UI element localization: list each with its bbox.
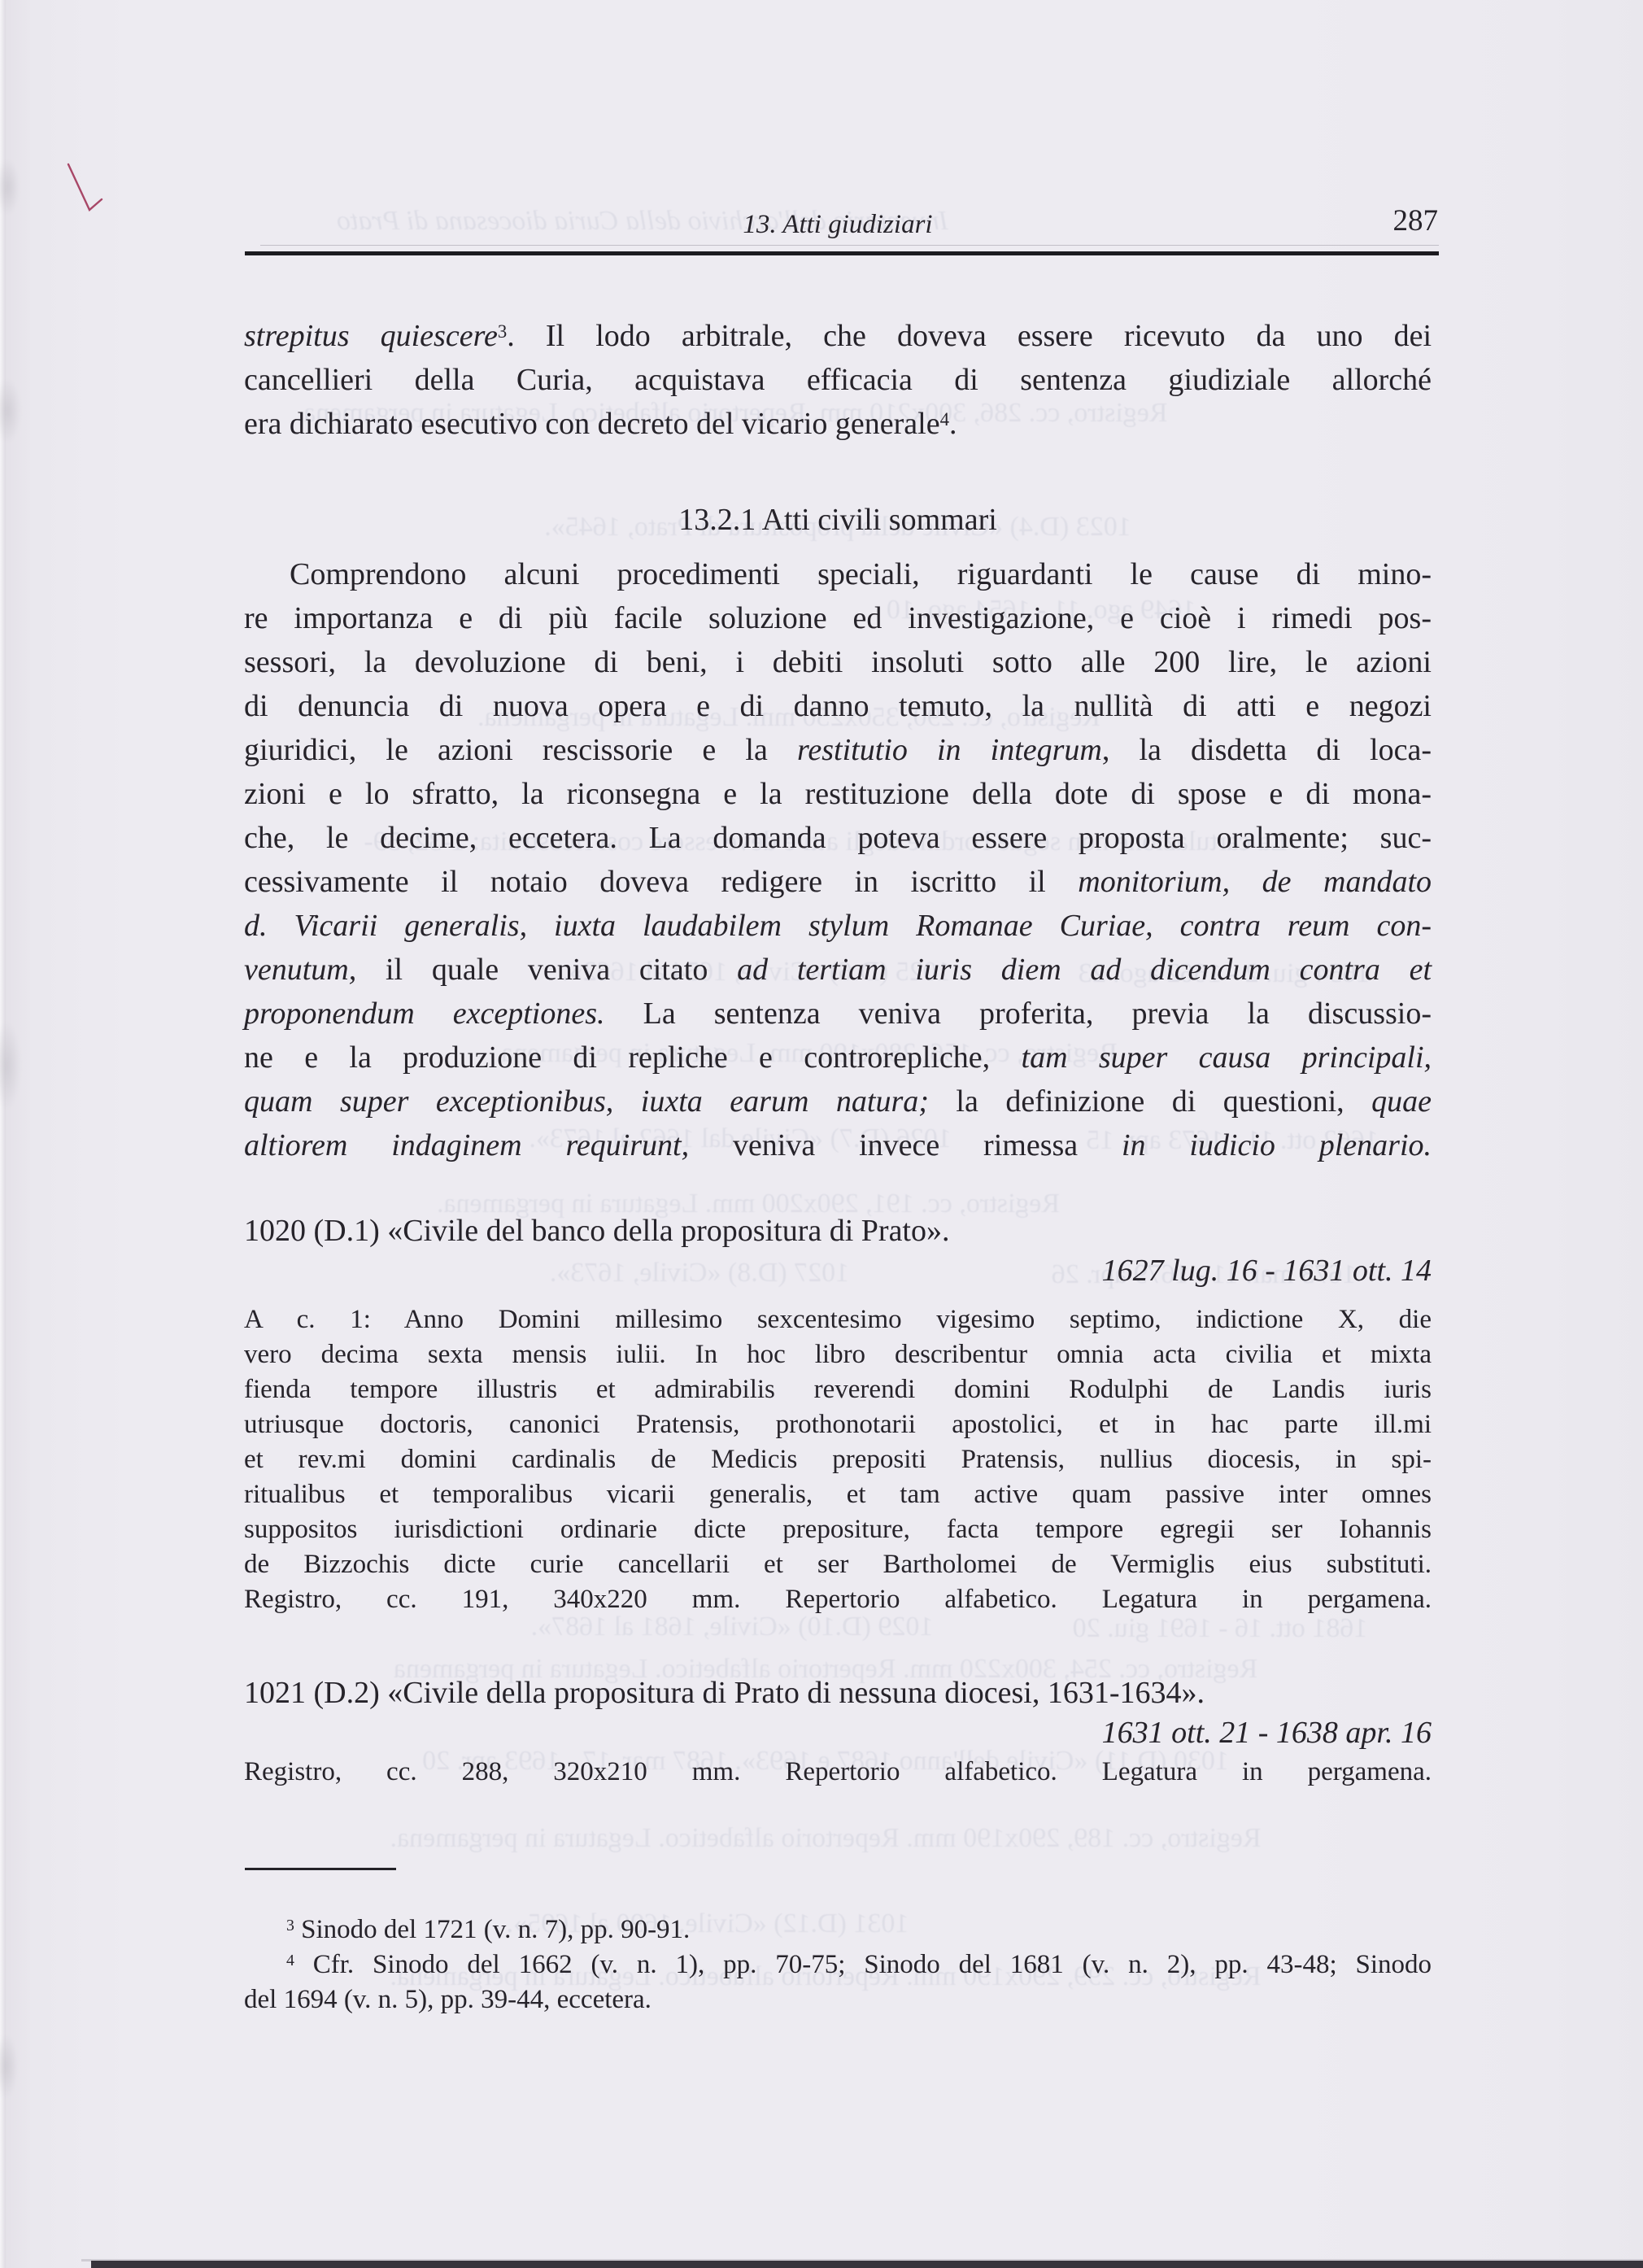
text-line: proponendum exceptiones. La sentenza ven… [244,992,1432,1036]
text-segment: in iudicio plenario. [1122,1128,1432,1162]
text-line: altiorem indaginem requirunt, veniva inv… [244,1123,1432,1167]
text-line: re importanza e di più facile soluzione … [244,596,1432,640]
text-segment: d. Vicarii generalis, iuxta laudabilem s… [244,909,1432,943]
text-segment: il quale veniva citato [356,953,737,987]
text-segment: suppositos iurisdictioni ordinarie dicte… [244,1515,1432,1544]
text-line: fienda tempore illustris et admirabilis … [244,1372,1432,1407]
section-paragraph: Comprendono alcuni procedimenti speciali… [244,552,1432,1167]
text-segment: Sinodo del 1721 (v. n. 7), pp. 90-91. [294,1915,690,1944]
text-segment: cancellieri della Curia, acquistava effi… [244,363,1432,397]
entry-date-range-1021: 1631 ott. 21 - 1638 apr. 16 [244,1711,1432,1755]
scanned-book-page: Inventario dell'archivio della Curia dio… [0,0,1643,2268]
entry-date-range-1020: 1627 lug. 16 - 1631 ott. 14 [244,1249,1432,1293]
text-line: 3 Sinodo del 1721 (v. n. 7), pp. 90-91. [244,1913,1432,1947]
text-line: Comprendono alcuni procedimenti speciali… [244,552,1432,596]
bleed-through-line: 1681 ott. 16 - 1691 giu. 20 [1025,1612,1415,1645]
text-segment: ne e la produzione di repliche e contror… [244,1040,1022,1075]
text-segment: cessivamente il notaio doveva redigere i… [244,865,1078,899]
text-segment: proponendum exceptiones. [244,997,605,1031]
text-line: ritualibus et temporalibus vicarii gener… [244,1477,1432,1512]
text-line: che, le decime, eccetera. La domanda pot… [244,816,1432,860]
text-segment: la definizione di questioni, [929,1084,1371,1119]
text-line: d. Vicarii generalis, iuxta laudabilem s… [244,904,1432,948]
text-line: del 1694 (v. n. 5), pp. 39-44, eccetera. [244,1982,1432,2017]
header-rule [245,251,1439,255]
header-rule-echo [260,245,1439,246]
text-line: zioni e lo sfratto, la riconsegna e la r… [244,772,1432,816]
text-segment: A c. 1: Anno Domini millesimo sexcentesi… [244,1305,1432,1334]
text-segment: Registro, cc. 288, 320x210 mm. Repertori… [244,1757,1432,1786]
footnote-marker: 3 [286,1917,294,1934]
footnote-marker: 4 [940,409,949,430]
text-segment: zioni e lo sfratto, la riconsegna e la r… [244,777,1432,811]
intro-paragraph: strepitus quiescere3. Il lodo arbitrale,… [244,314,1432,446]
footnote-4: 4 Cfr. Sinodo del 1662 (v. n. 1), pp. 70… [244,1947,1432,2017]
text-segment: sessori, la devoluzione di beni, i debit… [244,645,1432,679]
scan-smudge [0,378,21,443]
footnote-marker: 4 [286,1952,294,1969]
red-pen-mark [63,156,120,225]
text-segment: vero decima sexta mensis iulii. In hoc l… [244,1340,1432,1369]
text-segment: . Il lodo arbitrale, che doveva essere r… [507,319,1432,353]
text-segment: che, le decime, eccetera. La domanda pot… [244,821,1432,855]
text-segment: quam super exceptionibus, iuxta earum na… [244,1084,929,1119]
text-segment: restitutio in integrum [797,733,1102,767]
text-segment: quae [1371,1084,1432,1119]
text-segment: Comprendono alcuni procedimenti speciali… [290,557,1432,591]
text-segment: , la disdetta di loca- [1102,733,1432,767]
text-segment: . [949,407,957,441]
bleed-through-line: Registro, cc. 189, 290x190 mm. Repertori… [244,1822,1407,1855]
text-segment: de Bizzochis dicte curie cancellarii et … [244,1550,1432,1579]
section-heading: 13.2.1 Atti civili sommari [244,498,1432,542]
footnote-marker: 3 [498,321,507,342]
text-line: strepitus quiescere3. Il lodo arbitrale,… [244,314,1432,358]
text-line: de Bizzochis dicte curie cancellarii et … [244,1547,1432,1582]
text-segment: veniva invece rimessa [689,1128,1122,1162]
text-line: di denuncia di nuova opera e di danno te… [244,684,1432,728]
footnote-3: 3 Sinodo del 1721 (v. n. 7), pp. 90-91. [244,1913,1432,1947]
entry-description-1020: A c. 1: Anno Domini millesimo sexcentesi… [244,1302,1432,1617]
entry-description-1021: Registro, cc. 288, 320x210 mm. Repertori… [244,1755,1432,1790]
footnote-separator [245,1868,396,1870]
text-segment: La sentenza veniva proferita, previa la … [605,997,1432,1031]
text-line: cessivamente il notaio doveva redigere i… [244,860,1432,904]
text-segment: Cfr. Sinodo del 1662 (v. n. 1), pp. 70-7… [294,1950,1432,1979]
text-line: giuridici, le azioni rescissorie e la re… [244,728,1432,772]
page-number: 287 [1236,203,1438,239]
text-line: quam super exceptionibus, iuxta earum na… [244,1079,1432,1123]
entry-heading-1020: 1020 (D.1) «Civile del banco della propo… [244,1209,1432,1253]
text-line: ne e la produzione di repliche e contror… [244,1036,1432,1079]
scan-smudge [0,2034,18,2099]
text-segment: fienda tempore illustris et admirabilis … [244,1375,1432,1404]
red-pen-stroke [68,164,102,210]
text-line: suppositos iurisdictioni ordinarie dicte… [244,1512,1432,1547]
scan-smudge [0,159,20,216]
entry-heading-1021: 1021 (D.2) «Civile della propositura di … [244,1671,1432,1715]
text-segment: del 1694 (v. n. 5), pp. 39-44, eccetera. [244,1985,652,2014]
scan-bottom-edge [91,2261,1643,2268]
text-line: sessori, la devoluzione di beni, i debit… [244,640,1432,684]
text-line: era dichiarato esecutivo con decreto del… [244,402,1432,446]
text-segment: di denuncia di nuova opera e di danno te… [244,689,1432,723]
page-edge-highlight [0,0,6,2268]
text-segment: ad tertiam iuris diem ad dicendum contra… [737,953,1432,987]
text-segment: giuridici, le azioni rescissorie e la [244,733,797,767]
text-segment: ritualibus et temporalibus vicarii gener… [244,1480,1432,1509]
text-line: Registro, cc. 288, 320x210 mm. Repertori… [244,1755,1432,1790]
text-segment: altiorem indaginem requirunt, [244,1128,689,1162]
text-segment: re importanza e di più facile soluzione … [244,601,1432,635]
text-segment: Registro, cc. 191, 340x220 mm. Repertori… [244,1585,1432,1614]
text-segment: utriusque doctoris, canonici Pratensis, … [244,1410,1432,1439]
text-line: vero decima sexta mensis iulii. In hoc l… [244,1337,1432,1372]
text-line: et rev.mi domini cardinalis de Medicis p… [244,1442,1432,1477]
text-line: Registro, cc. 191, 340x220 mm. Repertori… [244,1582,1432,1617]
text-segment: strepitus quiescere [244,319,498,353]
text-segment: venutum, [244,953,356,987]
text-segment: tam super causa principali, [1022,1040,1432,1075]
text-segment: era dichiarato esecutivo con decreto del… [244,407,940,441]
text-segment: monitorium, de mandato [1078,865,1432,899]
text-line: cancellieri della Curia, acquistava effi… [244,358,1432,402]
text-line: 4 Cfr. Sinodo del 1662 (v. n. 1), pp. 70… [244,1947,1432,1982]
text-line: utriusque doctoris, canonici Pratensis, … [244,1407,1432,1442]
text-line: venutum, il quale veniva citato ad terti… [244,948,1432,992]
text-segment: et rev.mi domini cardinalis de Medicis p… [244,1445,1432,1474]
scan-smudge [0,1021,21,1110]
text-line: A c. 1: Anno Domini millesimo sexcentesi… [244,1302,1432,1337]
